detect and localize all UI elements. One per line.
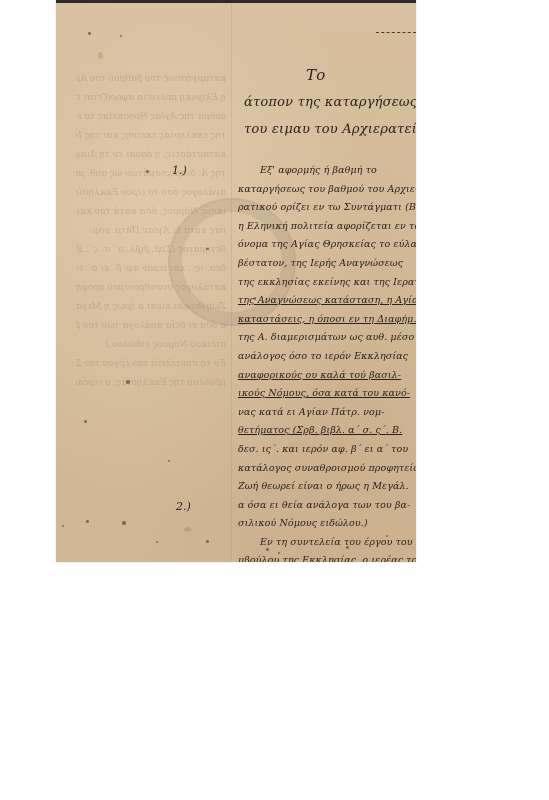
body-line: Ζωή θεωρεί είναι ο ήρως η Μεγάλ. — [238, 478, 416, 497]
body-line: της εκκλησίας εκείνης και της Ιερατ. — [238, 274, 416, 293]
body-line: αναφορικούς ου καλά τού βασιλ- — [238, 367, 416, 386]
paper-speck — [386, 535, 388, 537]
paper-speck — [122, 521, 126, 525]
body-line: η Εληνική πολιτεία αφορίζεται εν το — [238, 218, 416, 237]
paper-speck — [254, 297, 256, 300]
page-number-rule — [376, 32, 416, 33]
body-line: κατάλογος συναθροισμού προφητείων — [238, 460, 416, 479]
paper-speck — [126, 380, 130, 384]
bleed-line: α όσα ει θεία ανάλογα των του βα- — [76, 317, 226, 336]
paper-speck — [86, 520, 89, 523]
paper-stain — [98, 52, 103, 59]
body-line: α όσα ει θεία ανάλογα των του βα- — [238, 497, 416, 516]
page-number: 1 — [378, 10, 416, 26]
bleed-line: σιλικού Νόμους ειδώλου.) — [76, 336, 226, 355]
paper-speck — [146, 170, 149, 173]
body-line: νας κατά ει Αγίαν Πάτρ. νομ- — [238, 404, 416, 423]
body-line: ανάλογος όσο το ιερόν Εκκλησίας — [238, 348, 416, 367]
body-line: ρατικού ορίζει εν τω Συντάγματι (Βιβλ.) — [238, 199, 416, 218]
body-line: της Αναγνώσεως κατάσταση, η Αγίας — [238, 292, 416, 311]
bleed-line: η Εληνική πολιτεία αφορίζεται εν το — [76, 89, 226, 108]
title-line: άτοπον της καταργήσεως — [244, 89, 414, 116]
section-marker-2: 2.) — [176, 500, 191, 513]
body-line: όνομα της Αγίας Θρησκείας το εύλα- — [238, 236, 416, 255]
body-line: Εξ' αφορμής ή βαθμή το — [238, 162, 416, 181]
paper-speck — [266, 548, 269, 551]
paper-speck — [62, 525, 64, 527]
manuscript-page: καταργήσεως του βαθμού του Αρχιε- η Ελην… — [56, 0, 416, 562]
bleed-line: όνομα της Αγίας Θρησκείας το εύλα- — [76, 108, 226, 127]
bleed-line: Εν τη συντελεία του έργου του Σύ- — [76, 355, 226, 374]
body-line: θετήματος (Σρβ. βιβλ. α΄ σ. ς΄. Β. — [238, 422, 416, 441]
paper-speck — [168, 460, 170, 462]
body-line: της Α. διαμερισμάτων ως αυθ. μέσο — [238, 329, 416, 348]
bleed-line: ανάλογος όσο το ιερόν Εκκλησίας — [76, 184, 226, 203]
body-line: ικούς Νόμους, όσα κατά του κανό- — [238, 385, 416, 404]
title-line: του ειμαυ του Αρχιερατείου — [244, 116, 414, 143]
bleed-line: της Α. διαμερισμάτων ως αυθ. μέσο — [76, 165, 226, 184]
body-line: σιλικού Νόμους ειδώλου.) — [238, 515, 416, 534]
paper-speck — [278, 552, 280, 554]
body-line: δεσ. ις΄. και ιερόν αφ. β΄ ει α΄ του — [238, 441, 416, 460]
paper-speck — [156, 541, 158, 543]
section-marker-1: 1.) — [172, 164, 187, 177]
body-line: Εν τη συντελεία του έργου του Σύ- — [238, 534, 416, 553]
paper-speck — [84, 420, 87, 423]
body-line: μβούλου της Εκκλησίας, ο ιερέας του — [238, 552, 416, 562]
body-line: καταστάσεις, η όποσι εν τη Διαφήμ. — [238, 311, 416, 330]
paper-speck — [206, 540, 209, 543]
title-line: Το — [244, 62, 414, 89]
bleed-line: καταστάσεις, η όποσι εν τη Διαφήμ. — [76, 146, 226, 165]
body-line: καταργήσεως του βαθμού του Αρχιε- — [238, 181, 416, 200]
paper-speck — [120, 35, 122, 37]
body-text: Εξ' αφορμής ή βαθμή το καταργήσεως του β… — [238, 162, 416, 562]
paper-speck — [206, 248, 209, 250]
paper-speck — [88, 32, 91, 35]
body-line: βέστατον, της Ιερής Αναγνώσεως — [238, 255, 416, 274]
paper-speck — [346, 546, 349, 549]
paper-stain — [184, 527, 191, 532]
bleed-line: μβούλου της Εκκλησίας, ο ιερέας του — [76, 374, 226, 393]
bleed-line: της εκκλησίας εκείνης και της Ιερατ. — [76, 127, 226, 146]
bleed-line: καταργήσεως του βαθμού του Αρχιε- — [76, 70, 226, 89]
document-title: Το άτοπον της καταργήσεως του ειμαυ του … — [244, 62, 414, 143]
scan-top-edge — [56, 0, 416, 3]
